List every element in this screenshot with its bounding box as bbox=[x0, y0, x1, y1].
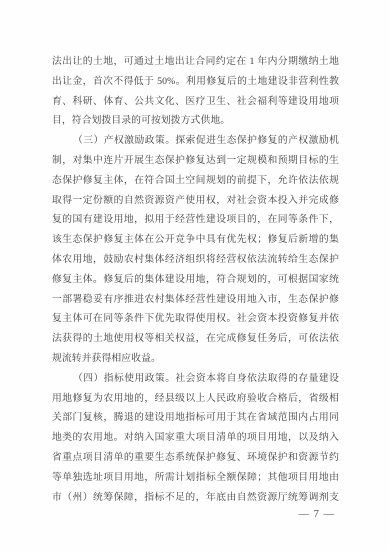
body-line: 取得一定份额的自然资源资产使用权，对社会资本投入并完成修 bbox=[52, 191, 339, 211]
body-line: 育、科研、体育、公共文化、医疗卫生、社会福利等建设用地项 bbox=[52, 92, 339, 112]
body-line: 目，符合划拨目录的可按划拨方式供地。 bbox=[52, 111, 339, 131]
body-line: 用地修复为农用地的，经县级以上人民政府验收合格后，省级相 bbox=[52, 389, 339, 409]
body-line: 法出让的土地，可通过土地出让合同约定在 1 年内分期缴纳土地 bbox=[52, 52, 339, 72]
document-page: 法出让的土地，可通过土地出让合同约定在 1 年内分期缴纳土地 出让金，首次不得低… bbox=[0, 0, 390, 551]
body-line: 省重点项目清单的重要生态系统保护修复、环境保护和资源节约 bbox=[52, 448, 339, 468]
body-line: 一部署稳妥有序推进农村集体经营性建设用地入市，生态保护修 bbox=[52, 290, 339, 310]
body-line: 态保护修复主体，在符合国土空间规划的前提下，允许依法依规 bbox=[52, 171, 339, 191]
body-line: 体农用地，鼓励农村集体经济组织将经营权依法流转给生态保护 bbox=[52, 250, 339, 270]
body-line: 制，对集中连片开展生态保护修复达到一定规模和预期目标的生 bbox=[52, 151, 339, 171]
body-line: 规流转并获得相应收益。 bbox=[52, 349, 339, 369]
body-line: 复主体可在同等条件下优先取得使用权。社会资本投资修复并依 bbox=[52, 309, 339, 329]
body-line: 法获得的土地使用权等相关权益，在完成修复任务后，可依法依 bbox=[52, 329, 339, 349]
paragraph-start-line: （四）指标使用政策。社会资本将自身依法取得的存量建设 bbox=[52, 369, 339, 389]
body-line: 复的国有建设用地，拟用于经营性建设项目的，在同等条件下， bbox=[52, 210, 339, 230]
body-line: 市（州）统筹保障，指标不足的，年底由自然资源厅统筹调剂支 bbox=[52, 488, 339, 508]
document-body: 法出让的土地，可通过土地出让合同约定在 1 年内分期缴纳土地 出让金，首次不得低… bbox=[52, 52, 339, 507]
body-line: 等单独选址项目用地，所需计划指标全额保障；其他项目用地由 bbox=[52, 468, 339, 488]
body-line: 地类的农用地。对纳入国家重大项目清单的项目用地，以及纳入 bbox=[52, 428, 339, 448]
body-line: 关部门复核，腾退的建设用地指标可用于其在省域范围内占用同 bbox=[52, 408, 339, 428]
body-line: 修复主体。修复后的集体建设用地，符合规划的，可根据国家统 bbox=[52, 270, 339, 290]
body-line: 出让金，首次不得低于 50%。利用修复后的土地建设非营利性教 bbox=[52, 72, 339, 92]
page-number: — 7 — bbox=[299, 508, 336, 522]
body-line: 该生态保护修复主体在公开竞争中具有优先权；修复后新增的集 bbox=[52, 230, 339, 250]
paragraph-start-line: （三）产权激励政策。探索促进生态保护修复的产权激励机 bbox=[52, 131, 339, 151]
